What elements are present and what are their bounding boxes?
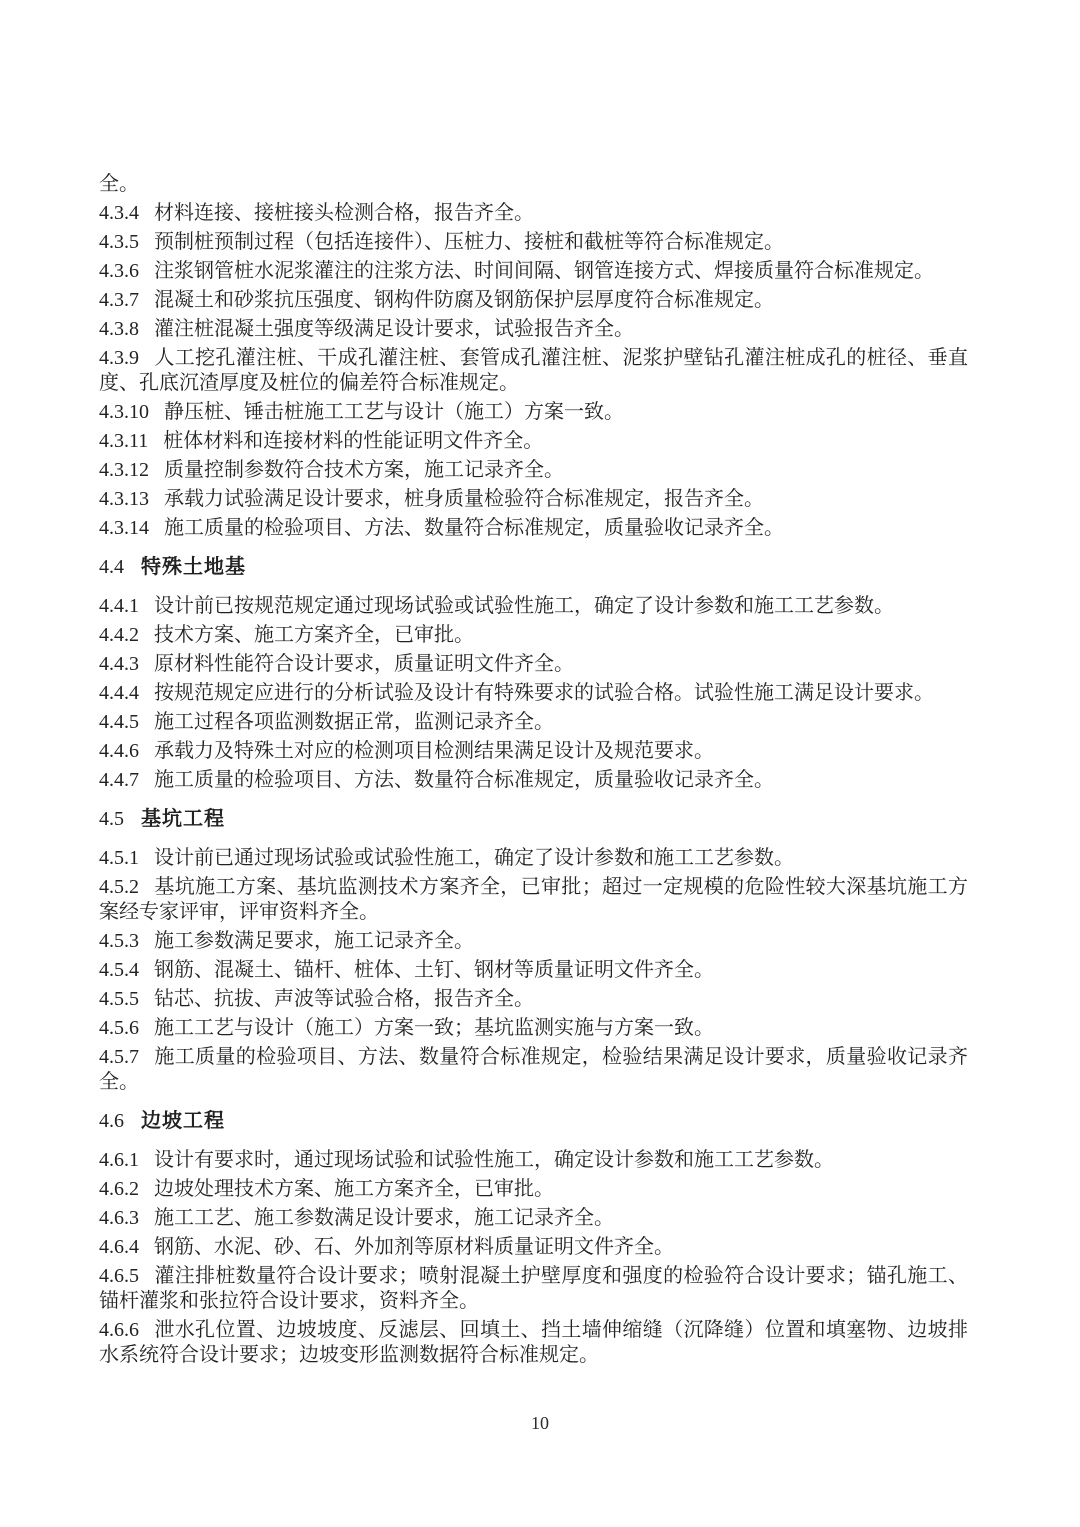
section-number: 4.4 — [99, 556, 124, 578]
clause-4-5-1: 4.5.1设计前已通过现场试验或试验性施工，确定了设计参数和施工工艺参数。 — [99, 846, 968, 871]
clause-text: 施工工艺、施工参数满足设计要求，施工记录齐全。 — [154, 1207, 614, 1229]
clause-text: 人工挖孔灌注桩、干成孔灌注桩、套管成孔灌注桩、泥浆护壁钻孔灌注桩成孔的桩径、垂直… — [99, 347, 968, 394]
section-title: 边坡工程 — [141, 1110, 225, 1132]
clause-4-4-2: 4.4.2技术方案、施工方案齐全，已审批。 — [99, 623, 968, 648]
clause-text: 承载力试验满足设计要求，桩身质量检验符合标准规定，报告齐全。 — [164, 488, 764, 510]
clause-text: 泄水孔位置、边坡坡度、反滤层、回填土、挡土墙伸缩缝（沉降缝）位置和填塞物、边坡排… — [99, 1319, 968, 1366]
clause-text: 灌注桩混凝土强度等级满足设计要求，试验报告齐全。 — [154, 318, 634, 340]
clause-number: 4.5.5 — [99, 988, 139, 1010]
section-title: 特殊土地基 — [141, 556, 246, 578]
clause-number: 4.6.3 — [99, 1207, 139, 1229]
clause-number: 4.6.4 — [99, 1236, 139, 1258]
clause-number: 4.6.6 — [99, 1319, 139, 1341]
clause-number: 4.5.4 — [99, 959, 139, 981]
clause-number: 4.3.4 — [99, 202, 139, 224]
clause-4-4-4: 4.4.4按规范规定应进行的分析试验及设计有特殊要求的试验合格。试验性施工满足设… — [99, 681, 968, 706]
clause-number: 4.5.3 — [99, 930, 139, 952]
clause-4-3-6: 4.3.6注浆钢管桩水泥浆灌注的注浆方法、时间间隔、钢管连接方式、焊接质量符合标… — [99, 259, 968, 284]
clause-number: 4.3.10 — [99, 401, 149, 423]
clause-text: 施工质量的检验项目、方法、数量符合标准规定，检验结果满足设计要求，质量验收记录齐… — [99, 1046, 968, 1093]
section-number: 4.6 — [99, 1110, 124, 1132]
clause-number: 4.3.7 — [99, 289, 139, 311]
page-footer: 10 — [0, 1412, 1080, 1434]
clause-number: 4.3.14 — [99, 517, 149, 539]
section-title: 基坑工程 — [141, 808, 225, 830]
clause-4-3-8: 4.3.8灌注桩混凝土强度等级满足设计要求，试验报告齐全。 — [99, 317, 968, 342]
clause-text: 施工工艺与设计（施工）方案一致；基坑监测实施与方案一致。 — [154, 1017, 714, 1039]
clause-number: 4.4.6 — [99, 740, 139, 762]
clause-text: 设计有要求时，通过现场试验和试验性施工，确定设计参数和施工工艺参数。 — [154, 1149, 834, 1171]
clause-text: 钢筋、水泥、砂、石、外加剂等原材料质量证明文件齐全。 — [154, 1236, 674, 1258]
clause-number: 4.3.5 — [99, 231, 139, 253]
clause-text: 施工质量的检验项目、方法、数量符合标准规定，质量验收记录齐全。 — [154, 769, 774, 791]
clause-4-4-5: 4.4.5施工过程各项监测数据正常，监测记录齐全。 — [99, 710, 968, 735]
clause-4-5-7: 4.5.7施工质量的检验项目、方法、数量符合标准规定，检验结果满足设计要求，质量… — [99, 1045, 968, 1095]
clause-number: 4.3.9 — [99, 347, 139, 369]
clause-text: 预制桩预制过程（包括连接件）、压桩力、接桩和截桩等符合标准规定。 — [154, 231, 784, 253]
clause-number: 4.5.7 — [99, 1046, 139, 1068]
clause-4-6-5: 4.6.5灌注排桩数量符合设计要求；喷射混凝土护壁厚度和强度的检验符合设计要求；… — [99, 1264, 968, 1314]
clause-text: 混凝土和砂浆抗压强度、钢构件防腐及钢筋保护层厚度符合标准规定。 — [154, 289, 774, 311]
clause-text: 静压桩、锤击桩施工工艺与设计（施工）方案一致。 — [164, 401, 624, 423]
clause-text: 设计前已按规范规定通过现场试验或试验性施工，确定了设计参数和施工工艺参数。 — [154, 595, 894, 617]
clause-text: 设计前已通过现场试验或试验性施工，确定了设计参数和施工工艺参数。 — [154, 847, 794, 869]
clause-4-4-6: 4.4.6承载力及特殊土对应的检测项目检测结果满足设计及规范要求。 — [99, 739, 968, 764]
clause-4-5-6: 4.5.6施工工艺与设计（施工）方案一致；基坑监测实施与方案一致。 — [99, 1016, 968, 1041]
clause-text: 桩体材料和连接材料的性能证明文件齐全。 — [163, 430, 543, 452]
clause-4-3-10: 4.3.10静压桩、锤击桩施工工艺与设计（施工）方案一致。 — [99, 400, 968, 425]
clause-number: 4.5.6 — [99, 1017, 139, 1039]
clause-text: 按规范规定应进行的分析试验及设计有特殊要求的试验合格。试验性施工满足设计要求。 — [154, 682, 934, 704]
clause-number: 4.4.1 — [99, 595, 139, 617]
clause-4-3-14: 4.3.14施工质量的检验项目、方法、数量符合标准规定，质量验收记录齐全。 — [99, 516, 968, 541]
clause-4-4-1: 4.4.1设计前已按规范规定通过现场试验或试验性施工，确定了设计参数和施工工艺参… — [99, 594, 968, 619]
clause-text: 原材料性能符合设计要求，质量证明文件齐全。 — [154, 653, 574, 675]
clause-4-3-7: 4.3.7混凝土和砂浆抗压强度、钢构件防腐及钢筋保护层厚度符合标准规定。 — [99, 288, 968, 313]
clause-text: 施工参数满足要求，施工记录齐全。 — [154, 930, 474, 952]
clause-text: 材料连接、接桩接头检测合格，报告齐全。 — [154, 202, 534, 224]
clause-number: 4.3.11 — [99, 430, 148, 452]
document-content: 全。 4.3.4材料连接、接桩接头检测合格，报告齐全。 4.3.5预制桩预制过程… — [99, 172, 968, 1372]
clause-4-6-2: 4.6.2边坡处理技术方案、施工方案齐全，已审批。 — [99, 1177, 968, 1202]
clause-number: 4.6.5 — [99, 1265, 139, 1287]
page-number: 10 — [531, 1413, 549, 1433]
clause-text: 边坡处理技术方案、施工方案齐全，已审批。 — [154, 1178, 554, 1200]
clause-number: 4.6.2 — [99, 1178, 139, 1200]
clause-4-4-3: 4.4.3原材料性能符合设计要求，质量证明文件齐全。 — [99, 652, 968, 677]
clause-4-5-2: 4.5.2基坑施工方案、基坑监测技术方案齐全，已审批；超过一定规模的危险性较大深… — [99, 875, 968, 925]
clause-number: 4.4.7 — [99, 769, 139, 791]
clause-4-6-4: 4.6.4钢筋、水泥、砂、石、外加剂等原材料质量证明文件齐全。 — [99, 1235, 968, 1260]
clause-text: 承载力及特殊土对应的检测项目检测结果满足设计及规范要求。 — [154, 740, 714, 762]
clause-number: 4.4.5 — [99, 711, 139, 733]
paragraph-continuation: 全。 — [99, 172, 968, 197]
clause-number: 4.6.1 — [99, 1149, 139, 1171]
clause-4-3-5: 4.3.5预制桩预制过程（包括连接件）、压桩力、接桩和截桩等符合标准规定。 — [99, 230, 968, 255]
clause-4-4-7: 4.4.7施工质量的检验项目、方法、数量符合标准规定，质量验收记录齐全。 — [99, 768, 968, 793]
clause-number: 4.3.12 — [99, 459, 149, 481]
clause-4-5-5: 4.5.5钻芯、抗拔、声波等试验合格，报告齐全。 — [99, 987, 968, 1012]
clause-text: 技术方案、施工方案齐全，已审批。 — [154, 624, 474, 646]
clause-number: 4.4.3 — [99, 653, 139, 675]
clause-text: 灌注排桩数量符合设计要求；喷射混凝土护壁厚度和强度的检验符合设计要求；锚孔施工、… — [99, 1265, 968, 1312]
document-page: 全。 4.3.4材料连接、接桩接头检测合格，报告齐全。 4.3.5预制桩预制过程… — [0, 0, 1080, 1527]
section-heading-4-4: 4.4特殊土地基 — [99, 555, 968, 580]
clause-text: 注浆钢管桩水泥浆灌注的注浆方法、时间间隔、钢管连接方式、焊接质量符合标准规定。 — [154, 260, 934, 282]
clause-4-6-3: 4.6.3施工工艺、施工参数满足设计要求，施工记录齐全。 — [99, 1206, 968, 1231]
clause-text: 基坑施工方案、基坑监测技术方案齐全，已审批；超过一定规模的危险性较大深基坑施工方… — [99, 876, 968, 923]
section-heading-4-6: 4.6边坡工程 — [99, 1109, 968, 1134]
clause-number: 4.3.13 — [99, 488, 149, 510]
clause-4-3-9: 4.3.9人工挖孔灌注桩、干成孔灌注桩、套管成孔灌注桩、泥浆护壁钻孔灌注桩成孔的… — [99, 346, 968, 396]
clause-4-6-1: 4.6.1设计有要求时，通过现场试验和试验性施工，确定设计参数和施工工艺参数。 — [99, 1148, 968, 1173]
clause-text: 钢筋、混凝土、锚杆、桩体、土钉、钢材等质量证明文件齐全。 — [154, 959, 714, 981]
clause-number: 4.4.2 — [99, 624, 139, 646]
clause-4-3-4: 4.3.4材料连接、接桩接头检测合格，报告齐全。 — [99, 201, 968, 226]
clause-text: 施工质量的检验项目、方法、数量符合标准规定，质量验收记录齐全。 — [164, 517, 784, 539]
clause-4-6-6: 4.6.6泄水孔位置、边坡坡度、反滤层、回填土、挡土墙伸缩缝（沉降缝）位置和填塞… — [99, 1318, 968, 1368]
clause-number: 4.3.8 — [99, 318, 139, 340]
clause-text: 钻芯、抗拔、声波等试验合格，报告齐全。 — [154, 988, 534, 1010]
clause-number: 4.5.2 — [99, 876, 139, 898]
clause-4-5-3: 4.5.3施工参数满足要求，施工记录齐全。 — [99, 929, 968, 954]
clause-number: 4.3.6 — [99, 260, 139, 282]
clause-4-5-4: 4.5.4钢筋、混凝土、锚杆、桩体、土钉、钢材等质量证明文件齐全。 — [99, 958, 968, 983]
section-number: 4.5 — [99, 808, 124, 830]
section-heading-4-5: 4.5基坑工程 — [99, 807, 968, 832]
clause-4-3-13: 4.3.13承载力试验满足设计要求，桩身质量检验符合标准规定，报告齐全。 — [99, 487, 968, 512]
clause-text: 质量控制参数符合技术方案，施工记录齐全。 — [164, 459, 564, 481]
clause-number: 4.5.1 — [99, 847, 139, 869]
clause-4-3-12: 4.3.12质量控制参数符合技术方案，施工记录齐全。 — [99, 458, 968, 483]
clause-number: 4.4.4 — [99, 682, 139, 704]
clause-4-3-11: 4.3.11桩体材料和连接材料的性能证明文件齐全。 — [99, 429, 968, 454]
clause-text: 施工过程各项监测数据正常，监测记录齐全。 — [154, 711, 554, 733]
